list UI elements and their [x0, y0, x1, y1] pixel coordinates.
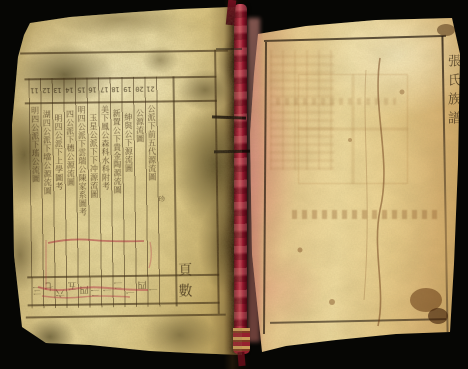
page-number: 17 [98, 78, 110, 100]
bleedthrough-row-ghost [292, 210, 442, 219]
page-count-header: 頁數 [173, 262, 194, 304]
toc-entry: 明四公派下瑤公流圖 [29, 106, 43, 274]
page-count: 四 [78, 278, 90, 304]
page-number: 18 [110, 78, 122, 100]
binding-thread [234, 4, 247, 354]
page-count: 一 [124, 280, 136, 306]
toc-table: 11 12 13 14 15 16 17 18 19 20 21 公派下前五代源… [20, 44, 236, 331]
toc-entry: 明四公派下上學圖考 [52, 106, 66, 274]
table-border-top [20, 50, 228, 54]
left-page: 11 12 13 14 15 16 17 18 19 20 21 公派下前五代源… [10, 5, 242, 357]
toc-annotation: 珍 [158, 194, 165, 204]
bleedthrough-row-ghost [276, 98, 396, 105]
page-count: 七 [43, 274, 55, 300]
toc-entry-columns: 公派下前五代源流圖 公源流圖 紳與公下源流圖 新置公下貴金陶源流圖 美下鳳公森科… [29, 105, 159, 275]
pink-stain [247, 18, 260, 342]
bleedthrough-chart-ghost [298, 74, 408, 184]
page-number: 12 [40, 79, 52, 101]
page-number: 14 [63, 79, 75, 101]
toc-entry: 公源流圖 [134, 105, 148, 273]
frame-border-bottom [270, 318, 446, 324]
page-number: 15 [75, 79, 87, 101]
page-number: 21 [145, 78, 157, 100]
page-count: 五 [66, 274, 78, 300]
toc-entry: 紳與公下源流圖 [122, 105, 136, 273]
toc-entry: 公派下前五代源流圖 [145, 105, 159, 273]
table-border-bottom [26, 314, 226, 318]
page-number: 19 [122, 78, 134, 100]
page-number: 16 [87, 78, 99, 100]
page-count: 六 [55, 281, 67, 307]
toc-entry: 四公派下穗公源流圖 [64, 106, 78, 274]
binding-spine [224, 0, 262, 369]
page-number: 20 [133, 78, 145, 100]
book-photo: 11 12 13 14 15 16 17 18 19 20 21 公派下前五代源… [0, 0, 468, 369]
frame-border-left [263, 42, 267, 334]
binding-thread-bottom-tail [237, 352, 245, 367]
page-count: 一 [148, 277, 160, 303]
toc-entry: 玉星公派下下冲源流圖 [87, 105, 101, 273]
page-count: 二 [113, 273, 125, 299]
toc-entry: 新置公下貴金陶源流圖 [110, 105, 124, 273]
volume-title-margin: 張氏族譜 [445, 54, 463, 130]
page-count: 一 [101, 277, 113, 303]
page-count: 二 [89, 280, 101, 306]
page-number: 11 [28, 79, 40, 101]
frame-border-top [264, 35, 446, 42]
bottom-page-count-row: 一 四 一 二 一 二 四 五 六 七 三 [31, 277, 159, 305]
right-page: 張氏族譜 [246, 14, 462, 358]
toc-entry: 明四公派下雲瑞公陳家系圖考 [75, 106, 89, 274]
binding-thread-wrap [233, 328, 250, 354]
stitch-mark [216, 48, 242, 50]
page-count: 四 [136, 273, 148, 299]
toc-entry: 湖四公派下壋公源流圖 [40, 106, 54, 274]
toc-entry: 美下鳳公森科水科附考 [99, 105, 113, 273]
top-page-number-row: 11 12 13 14 15 16 17 18 19 20 21 [28, 78, 156, 102]
page-number: 13 [52, 79, 64, 101]
page-count: 三 [31, 278, 43, 304]
